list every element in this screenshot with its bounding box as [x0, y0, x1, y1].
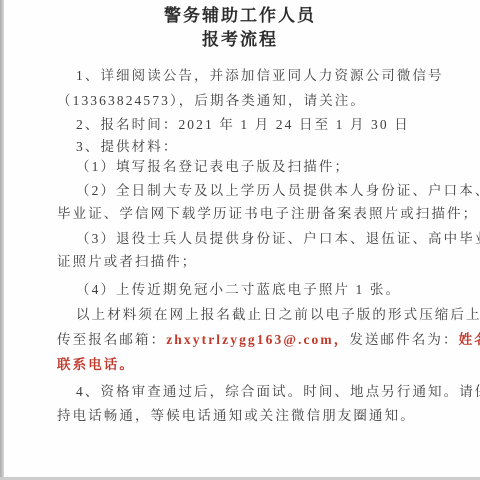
para-signup-time: 2、报名时间：2021 年 1 月 24 日至 1 月 30 日: [76, 116, 410, 133]
para-interview-line2: 持电话畅通，等候电话通知或关注微信朋友圈通知。: [57, 407, 416, 424]
para-upload-line2: 传至报名邮箱：zhxytrlzygg163@.com，发送邮件名为：姓名+: [57, 331, 480, 348]
para-material-item4: （4）上传近期免冠小二寸蓝底电子照片 1 张。: [76, 281, 401, 298]
para-material-item2-line2: 毕业证、学信网下载学历证书电子注册备案表照片或扫描件；: [57, 205, 478, 222]
email-subject-phone-highlight: 联系电话。: [57, 356, 135, 373]
para-material-item3-line2: 证照片或者扫描件；: [57, 253, 197, 270]
para-material-item1: （1）填写报名登记表电子版及扫描件；: [76, 158, 350, 175]
para-notice-line2: （13363824573），后期各类通知，请关注。: [57, 92, 366, 109]
para-upload-line1: 以上材料须在网上报名截止日之前以电子版的形式压缩后上: [76, 306, 480, 323]
doc-title-line1: 警务辅助工作人员: [0, 1, 480, 26]
doc-title-line2: 报考流程: [0, 25, 480, 50]
email-subject-name-highlight: 姓名+: [459, 332, 480, 347]
para-material-item2-line1: （2）全日制大专及以上学历人员提供本人身份证、户口本、: [76, 182, 480, 199]
document-page: 警务辅助工作人员 报考流程 1、详细阅读公告，并添加信亚同人力资源公司微信号 （…: [0, 0, 480, 480]
para-notice-line1: 1、详细阅读公告，并添加信亚同人力资源公司微信号: [76, 67, 444, 84]
email-line-prefix: 传至报名邮箱：: [57, 332, 166, 347]
signup-email-address: zhxytrlzygg163@.com，: [166, 332, 349, 347]
para-materials-head: 3、提供材料：: [76, 138, 178, 155]
email-line-middle: 发送邮件名为：: [349, 332, 458, 347]
para-interview-line1: 4、资格审查通过后，综合面试。时间、地点另行通知。请保: [76, 383, 480, 400]
para-material-item3-line1: （3）退役士兵人员提供身份证、户口本、退伍证、高中毕业: [76, 230, 480, 247]
scan-edge-left: [0, 0, 4, 480]
